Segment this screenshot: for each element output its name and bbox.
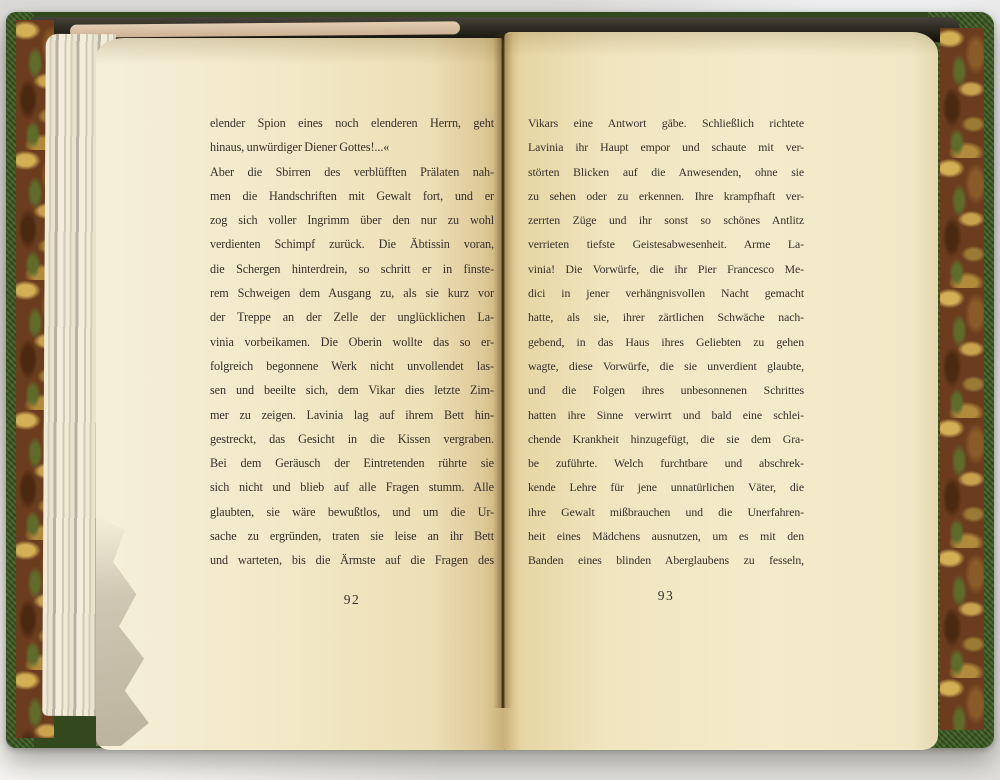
text-line: vinia vorbeikamen. Die Oberin wollte das… — [210, 335, 494, 359]
text-line: die Schergen hinterdrein, so schritt er … — [210, 262, 494, 286]
text-line: be zuführte. Welch furchtbare und abschr… — [528, 456, 804, 480]
text-line: hinaus, unwürdiger Diener Gottes!...« — [210, 140, 494, 164]
text-line: chende Krankheit hinzugefügt, die sie de… — [528, 432, 804, 456]
text-line: zog sich voller Ingrimm über den nur zu … — [210, 213, 494, 237]
text-line: und warteten, bis die Ärmste auf die Fra… — [210, 553, 494, 577]
text-line: sen und beeilte sich, dem Vikar dies let… — [210, 383, 494, 407]
text-line: gebend, in das Haus ihres Geliebten zu g… — [528, 335, 804, 359]
text-line: glaubten, sie wäre bewußtlos, und um die… — [210, 505, 494, 529]
text-line: und die Folgen ihres unbesonnenen Schrit… — [528, 383, 804, 407]
text-line: Bei dem Geräusch der Eintretenden rührte… — [210, 456, 494, 480]
left-page-number: 92 — [210, 592, 494, 608]
text-line: verrieten tiefste Geistesabwesenheit. Ar… — [528, 237, 804, 261]
text-line: der Treppe an der Zelle der unglückliche… — [210, 310, 494, 334]
text-line: elender Spion eines noch elenderen Herrn… — [210, 116, 494, 140]
text-line: Banden eines blinden Aberglaubens zu fes… — [528, 553, 804, 577]
right-page-number: 93 — [528, 588, 804, 604]
text-line: ihre Gewalt mißbrauchen und die Unerfahr… — [528, 505, 804, 529]
text-line: dici in jener verhängnisvollen Nacht gem… — [528, 286, 804, 310]
right-page-text: Vikars eine Antwort gäbe. Schließlich ri… — [528, 116, 804, 578]
text-line: hatten ihre Sinne verwirrt und bald eine… — [528, 408, 804, 432]
text-line: mer zu zeigen. Lavinia lag auf ihrem Bet… — [210, 408, 494, 432]
gutter-shadow — [493, 34, 513, 708]
text-line: vinia! Die Vorwürfe, die ihr Pier France… — [528, 262, 804, 286]
text-line: sache zu ergründen, traten sie leise an … — [210, 529, 494, 553]
book-cover-marbled-right — [940, 28, 984, 730]
text-line: gestreckt, das Gesicht in die Kissen ver… — [210, 432, 494, 456]
text-line: zerrten Züge und ihr sonst so schönes An… — [528, 213, 804, 237]
text-line: men die Handschriften mit Gewalt fort, u… — [210, 189, 494, 213]
text-line: zu sehen oder zu erkennen. Ihre krampfha… — [528, 189, 804, 213]
text-line: störten Blicken auf die Anwesenden, ohne… — [528, 165, 804, 189]
deckle-edge — [96, 516, 192, 746]
text-line: sich nicht und blieb auf alle Fragen stu… — [210, 480, 494, 504]
photo-background: elender Spion eines noch elenderen Herrn… — [0, 0, 1000, 780]
text-line: heit eines Mädchens ausnutzen, um es mit… — [528, 529, 804, 553]
text-line: folgreich begonnene Werk nicht unvollend… — [210, 359, 494, 383]
text-line: wagte, diese Vorwürfe, die sie unverdien… — [528, 359, 804, 383]
text-line: rem Schweigen dem Ausgang zu, als sie ku… — [210, 286, 494, 310]
text-line: Vikars eine Antwort gäbe. Schließlich ri… — [528, 116, 804, 140]
text-line: Aber die Sbirren des verblüfften Prälate… — [210, 165, 494, 189]
text-line: Lavinia ihr Haupt empor und schaute mit … — [528, 140, 804, 164]
left-page-text: elender Spion eines noch elenderen Herrn… — [210, 116, 494, 578]
text-line: kende Lehre für jene unnatürlichen Väter… — [528, 480, 804, 504]
text-line: hatte, als sie, ihrer zärtlichen Schwäch… — [528, 310, 804, 334]
text-line: verdienten Schimpf zurück. Die Äbtissin … — [210, 237, 494, 261]
open-book: elender Spion eines noch elenderen Herrn… — [6, 12, 994, 748]
